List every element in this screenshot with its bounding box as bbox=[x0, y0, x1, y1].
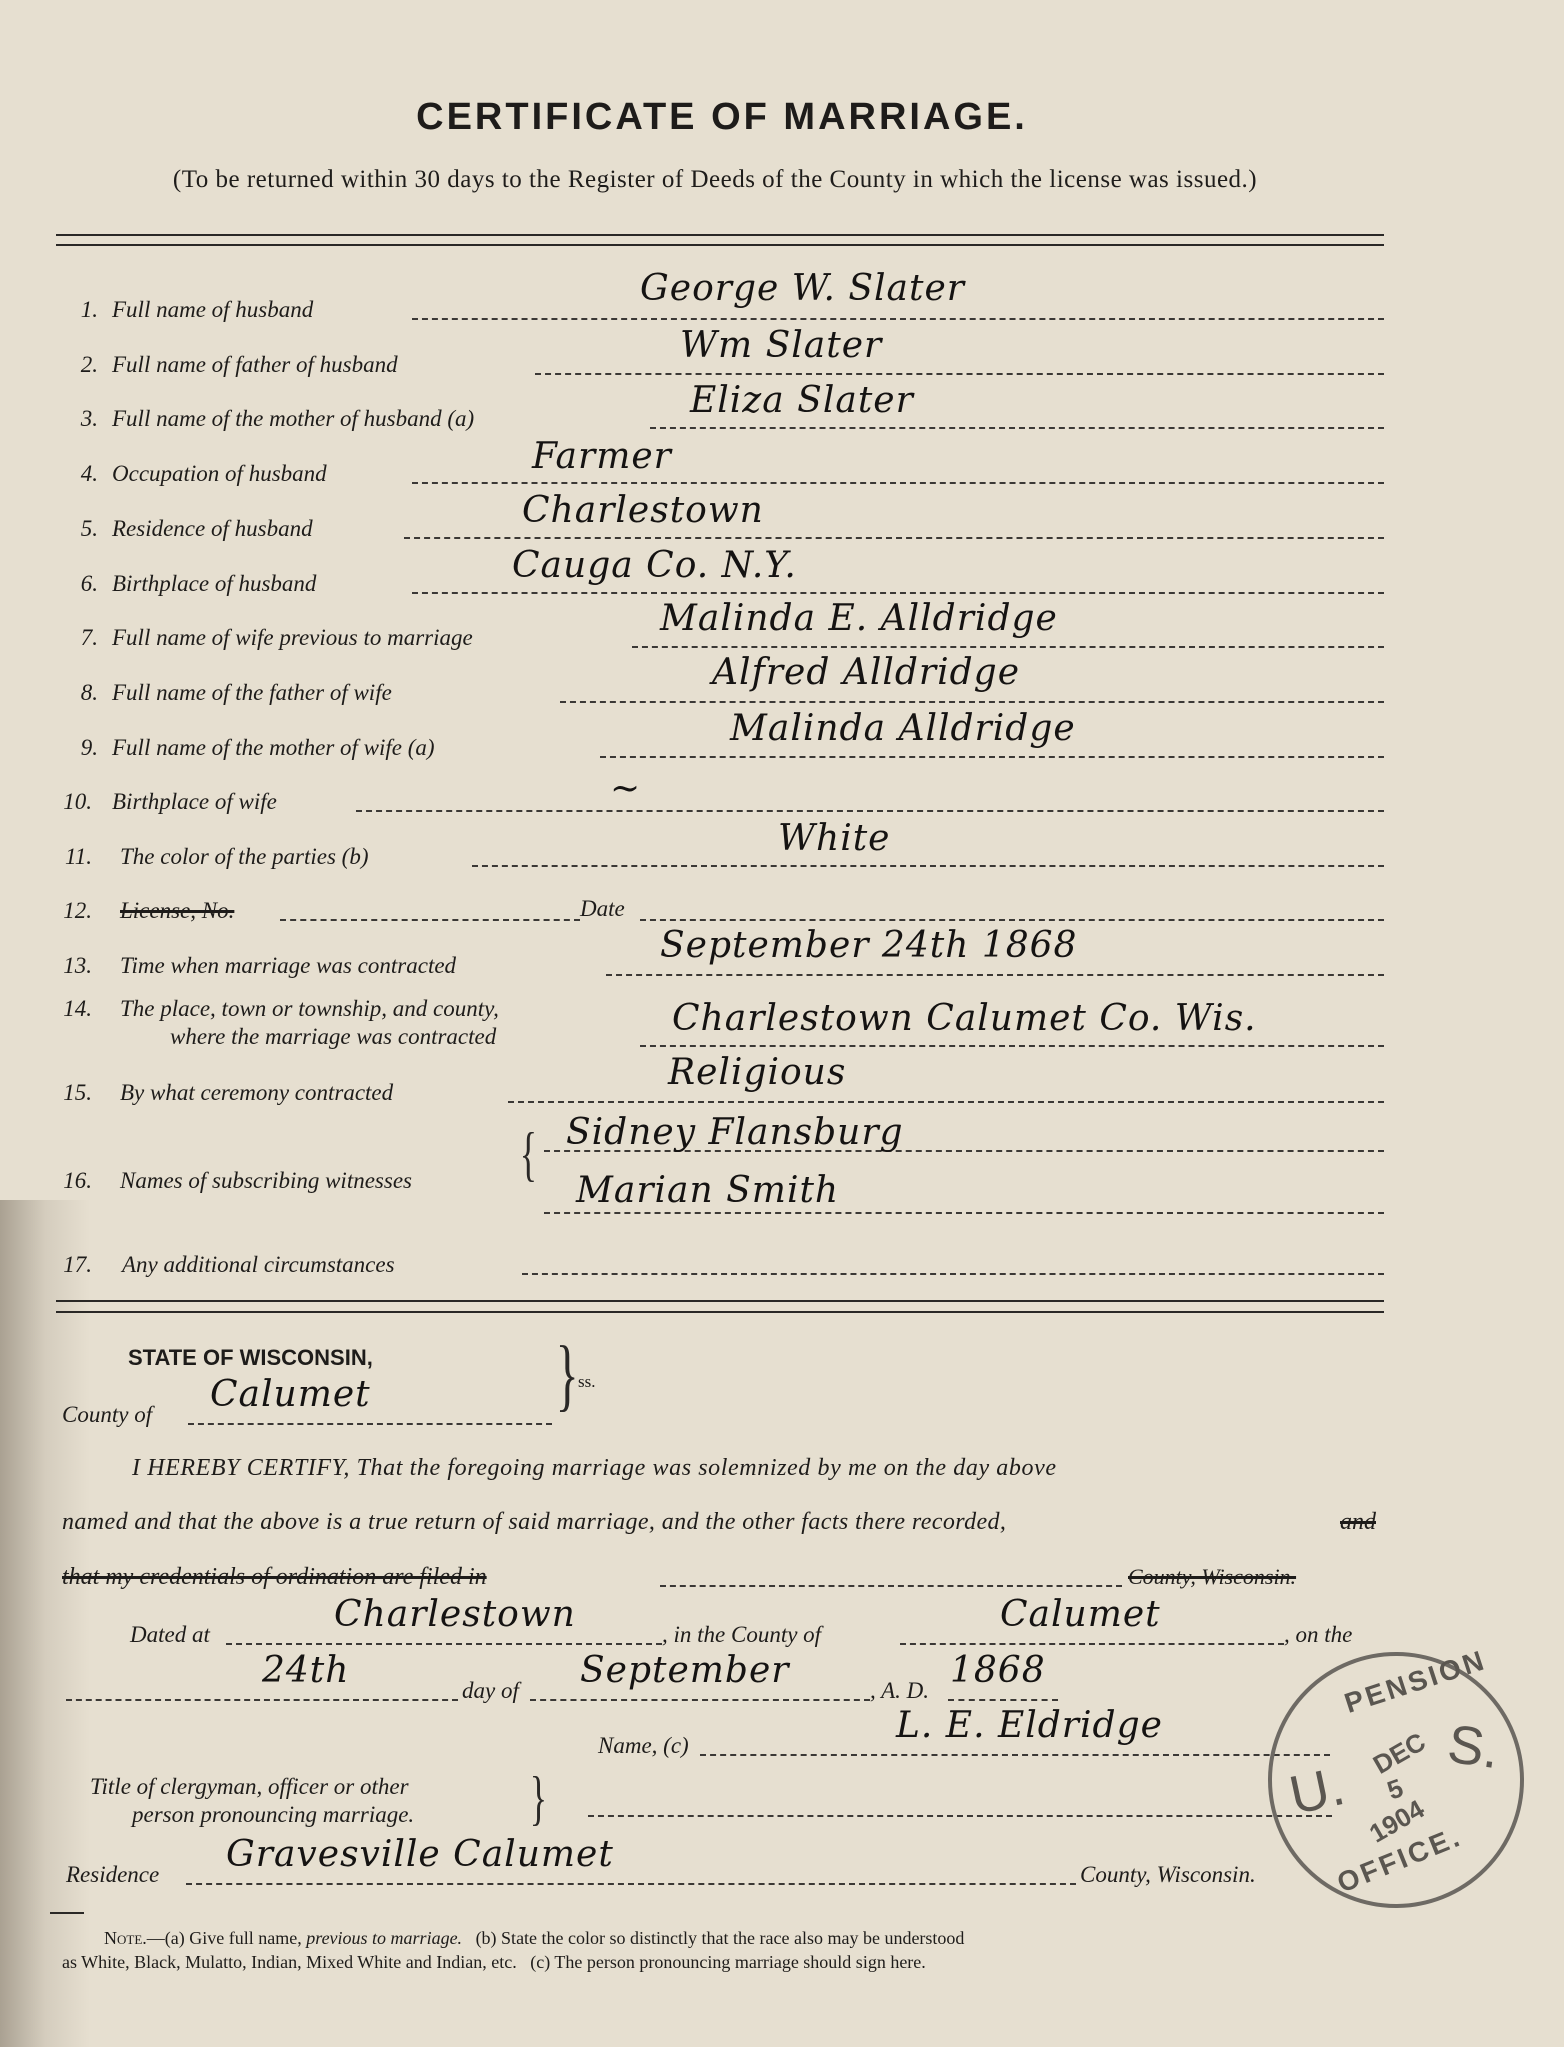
witness-1-value[interactable]: Sidney Flansburg bbox=[566, 1112, 904, 1153]
wife-birthplace-value[interactable]: ~ bbox=[610, 768, 641, 809]
date-label: Date bbox=[580, 896, 625, 922]
marriage-date-value[interactable]: September 24th 1868 bbox=[660, 925, 1077, 966]
field-label: The color of the parties (b) bbox=[120, 844, 369, 870]
field-label: Full name of the mother of husband (a) bbox=[112, 406, 474, 432]
header-rule-top bbox=[56, 234, 1384, 236]
day-of-label: day of bbox=[462, 1678, 519, 1704]
field-label: The place, town or township, and county, bbox=[120, 996, 499, 1022]
section-rule-top bbox=[56, 1300, 1384, 1302]
husband-father-value[interactable]: Wm Slater bbox=[680, 325, 882, 366]
pension-office-stamp: PENSION U. S. DEC 5 1904 OFFICE. bbox=[1268, 1652, 1524, 1908]
field-label-2: where the marriage was contracted bbox=[170, 1024, 496, 1050]
title-brace: } bbox=[530, 1764, 547, 1833]
field-label: Full name of husband bbox=[112, 297, 313, 323]
dated-at-value[interactable]: Charlestown bbox=[334, 1594, 576, 1635]
header-rule-bottom bbox=[56, 244, 1384, 246]
husband-residence-value[interactable]: Charlestown bbox=[522, 490, 764, 531]
license-label: License, No. bbox=[120, 898, 234, 924]
section-rule-bottom bbox=[56, 1311, 1384, 1313]
day-value[interactable]: 24th bbox=[262, 1650, 349, 1691]
husband-occupation-value[interactable]: Farmer bbox=[532, 436, 672, 477]
in-county-label: , in the County of bbox=[662, 1622, 821, 1648]
field-label: Occupation of husband bbox=[112, 461, 327, 487]
color-of-parties-value[interactable]: White bbox=[778, 818, 890, 859]
field-label: Any additional circumstances bbox=[122, 1252, 395, 1278]
certify-line-2-struck: and bbox=[1340, 1509, 1376, 1536]
husband-birthplace-value[interactable]: Cauga Co. N.Y. bbox=[512, 545, 797, 586]
state-heading: STATE OF WISCONSIN, bbox=[128, 1345, 373, 1371]
credentials-struck: that my credentials of ordination are fi… bbox=[62, 1564, 487, 1591]
scan-shadow bbox=[0, 1200, 90, 2047]
month-value[interactable]: September bbox=[580, 1650, 789, 1691]
field-label: Full name of father of husband bbox=[112, 352, 398, 378]
husband-name-value[interactable]: George W. Slater bbox=[640, 268, 965, 309]
county-label: County of bbox=[62, 1402, 152, 1428]
title-label-1: Title of clergyman, officer or other bbox=[90, 1774, 409, 1800]
in-county-value[interactable]: Calumet bbox=[1000, 1594, 1161, 1635]
ad-label: , A. D. bbox=[870, 1678, 929, 1704]
title-label-2: person pronouncing marriage. bbox=[132, 1802, 414, 1828]
on-the-label: , on the bbox=[1284, 1622, 1352, 1648]
field-label: By what ceremony contracted bbox=[120, 1080, 393, 1106]
county-value[interactable]: Calumet bbox=[210, 1374, 371, 1415]
wife-father-value[interactable]: Alfred Alldridge bbox=[712, 652, 1020, 693]
field-label: Time when marriage was contracted bbox=[120, 953, 456, 979]
field-label: Names of subscribing witnesses bbox=[120, 1168, 412, 1194]
page-subtitle: (To be returned within 30 days to the Re… bbox=[50, 166, 1380, 194]
field-label: Full name of wife previous to marriage bbox=[112, 625, 473, 651]
field-label: Birthplace of husband bbox=[112, 571, 316, 597]
county-wisconsin-struck: County, Wisconsin. bbox=[1128, 1564, 1296, 1590]
ss-brace: } bbox=[556, 1330, 579, 1421]
ceremony-value[interactable]: Religious bbox=[668, 1052, 846, 1093]
year-value[interactable]: 1868 bbox=[950, 1650, 1046, 1691]
dated-at-label: Dated at bbox=[130, 1622, 210, 1648]
residence-label: Residence bbox=[66, 1862, 159, 1888]
residence-suffix: County, Wisconsin. bbox=[1080, 1862, 1256, 1888]
certify-line-1: I HEREBY CERTIFY, That the foregoing mar… bbox=[132, 1455, 1057, 1482]
brace: { bbox=[520, 1120, 537, 1189]
field-label: Full name of the father of wife bbox=[112, 680, 392, 706]
footnote-line-1: Note.—(a) Give full name, previous to ma… bbox=[104, 1928, 964, 1949]
officiant-name-value[interactable]: L. E. Eldridge bbox=[896, 1705, 1163, 1746]
officiant-residence-value[interactable]: Gravesville Calumet bbox=[226, 1834, 614, 1875]
ss-label: ss. bbox=[578, 1372, 595, 1392]
wife-name-value[interactable]: Malinda E. Alldridge bbox=[660, 598, 1058, 639]
marriage-place-value[interactable]: Charlestown Calumet Co. Wis. bbox=[672, 998, 1257, 1039]
officiant-name-label: Name, (c) bbox=[598, 1733, 689, 1759]
witness-2-value[interactable]: Marian Smith bbox=[576, 1170, 839, 1211]
husband-mother-value[interactable]: Eliza Slater bbox=[690, 380, 914, 421]
field-label: Full name of the mother of wife (a) bbox=[112, 735, 435, 761]
page-title: CERTIFICATE OF MARRIAGE. bbox=[0, 96, 1444, 139]
footnote-line-2: as White, Black, Mulatto, Indian, Mixed … bbox=[62, 1952, 926, 1973]
field-label: Birthplace of wife bbox=[112, 789, 277, 815]
note-rule bbox=[50, 1912, 84, 1914]
certify-line-2: named and that the above is a true retur… bbox=[62, 1509, 1006, 1536]
wife-mother-value[interactable]: Malinda Alldridge bbox=[730, 708, 1076, 749]
title-field[interactable] bbox=[588, 1815, 1332, 1817]
field-label: Residence of husband bbox=[112, 516, 313, 542]
